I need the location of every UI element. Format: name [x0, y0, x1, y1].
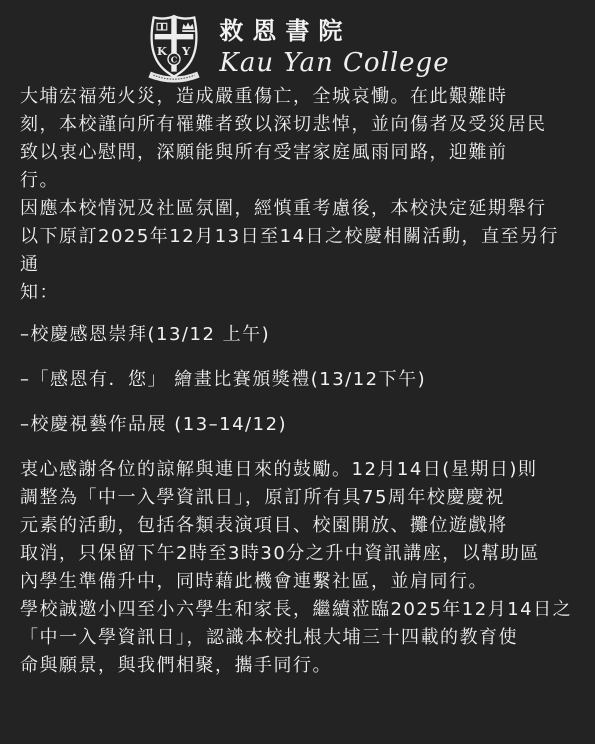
adjustment-paragraph: 衷心感謝各位的諒解與連日來的鼓勵。12月14日(星期日)則 調整為「中一入學資訊… [20, 456, 575, 596]
announcement-body: 大埔宏福苑火災，造成嚴重傷亡，全城哀慟。在此艱難時 刻，本校謹向所有罹難者致以深… [0, 83, 595, 680]
crest-letter-k: K [157, 44, 168, 58]
announcement-page: K Y C 救恩書院 Kau Yan College 大埔宏福苑火災，造成嚴重傷… [0, 0, 595, 744]
crest-letter-y: Y [181, 44, 191, 58]
activity-item-drawing-competition-prize-ceremony: –「感恩有．您」 繪畫比賽頒獎禮(13/12下午) [20, 366, 575, 394]
school-crest-icon: K Y C [145, 13, 203, 83]
invitation-paragraph: 學校誠邀小四至小六學生和家長，繼續蒞臨2025年12月14日之 「中一入學資訊日… [20, 596, 575, 680]
school-header: K Y C 救恩書院 Kau Yan College [0, 0, 595, 83]
condolence-paragraph: 大埔宏福苑火災，造成嚴重傷亡，全城哀慟。在此艱難時 刻，本校謹向所有罹難者致以深… [20, 83, 575, 195]
crest-letter-c: C [171, 55, 178, 65]
school-name-english: Kau Yan College [219, 48, 449, 79]
school-titles: 救恩書院 Kau Yan College [219, 17, 449, 79]
postponed-activities-list: –校慶感恩崇拜(13/12 上午) –「感恩有．您」 繪畫比賽頒獎禮(13/12… [20, 321, 575, 439]
activity-item-visual-arts-exhibition: –校慶視藝作品展 (13–14/12) [20, 411, 575, 439]
activity-item-thanksgiving-service: –校慶感恩崇拜(13/12 上午) [20, 321, 575, 349]
postponement-paragraph: 因應本校情況及社區氛圍，經慎重考慮後，本校決定延期舉行 以下原訂2025年12月… [20, 195, 575, 307]
school-name-chinese: 救恩書院 [219, 17, 449, 46]
